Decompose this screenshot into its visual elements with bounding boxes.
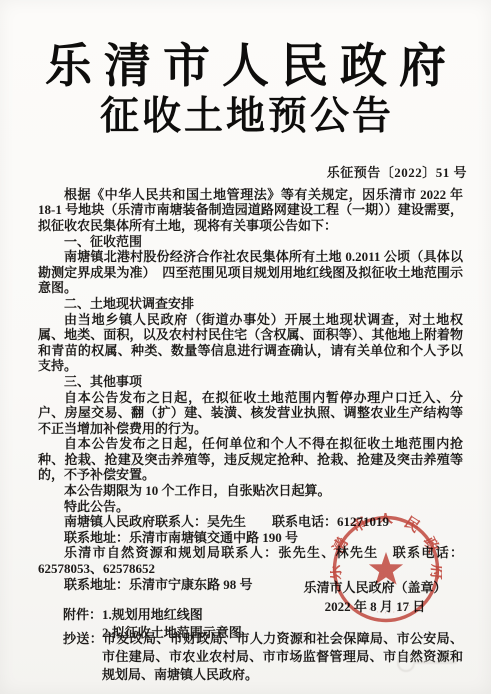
watermark — [397, 652, 459, 672]
section-heading-1: 一、征收范围 — [38, 234, 463, 250]
paragraph-scope: 南塘镇北港村股份经济合作社农民集体所有土地 0.2011 公顷（具体以勘测定界成… — [38, 249, 463, 296]
attachment-item-1: 1.规划用地红线图 — [102, 606, 242, 624]
paragraph-restrictions-1: 自本公告发布之日起，在拟征收土地范围内暂停办理户口迁入、分户、房屋交易、翻（扩）… — [38, 390, 463, 437]
doc-number: 乐征预告〔2022〕51 号 — [0, 164, 491, 181]
section-heading-2: 二、土地现状调查安排 — [38, 296, 463, 312]
scanned-announcement-page: 乐清市人民政府 征收土地预公告 乐征预告〔2022〕51 号 根据《中华人民共和… — [0, 0, 491, 694]
official-seal-stamp: 乐清市人民政府 ············· — [330, 513, 442, 625]
paragraph-duration: 本公告期限为 10 个工作日，自张贴次日起算。 — [38, 483, 463, 499]
paragraph-intro: 根据《中华人民共和国土地管理法》等有关规定，因乐清市 2022 年 18-1 号… — [38, 187, 463, 234]
section-heading-3: 三、其他事项 — [38, 374, 463, 390]
seal-serial-marks: ············· — [359, 602, 414, 617]
paragraph-survey: 由当地乡镇人民政府（街道办事处）开展土地现状调查，对土地权属、地类、面积，以及农… — [38, 312, 463, 374]
paragraph-restrictions-2: 自本公告发布之日起，任何单位和个人不得在拟征收土地范围内抢种、抢栽、抢建及突击养… — [38, 436, 463, 483]
page-title: 乐清市人民政府 — [0, 0, 491, 94]
svg-text:·············: ············· — [359, 602, 414, 617]
doc-subtitle: 征收土地预公告 — [0, 96, 491, 138]
seal-star-icon — [369, 552, 403, 585]
paragraph-closing: 特此公告。 — [38, 499, 463, 515]
cc-label: 抄送： — [63, 631, 103, 646]
